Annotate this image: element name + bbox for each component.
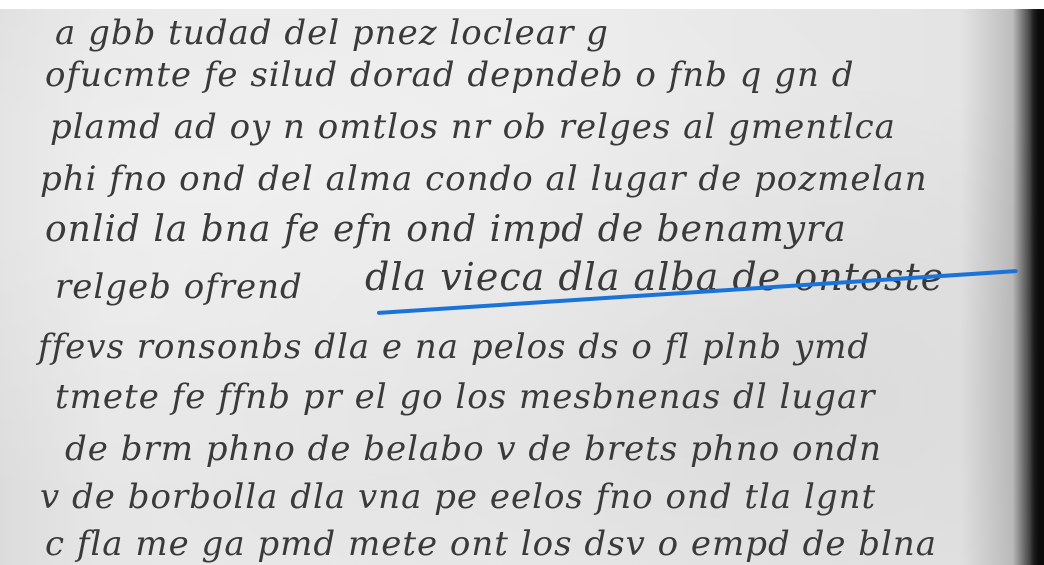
manuscript-line-8: tmete fe ffnb pr el go los mesbnenas dl … — [55, 377, 876, 417]
top-margin — [0, 0, 1044, 9]
binding-shadow — [1030, 9, 1044, 565]
manuscript-line-5: onlid la bna fe efn ond impd de benamyra — [45, 209, 847, 250]
manuscript-line-10: v de borbolla dla vna pe eelos fno ond t… — [40, 477, 876, 517]
manuscript-line-6: relgeb ofrend — [55, 267, 303, 307]
manuscript-line-4: phi fno ond del alma condo al lugar de p… — [40, 159, 928, 199]
manuscript-line-7: ffevs ronsonbs dla e na pelos ds o fl pl… — [38, 327, 870, 367]
manuscript-line-3: plamd ad oy n omtlos nr ob relges al gme… — [50, 107, 896, 147]
manuscript-line-1: a gbb tudad del pnez loclear g — [55, 13, 609, 53]
manuscript-line-9: de brm phno de belabo v de brets phno on… — [65, 429, 882, 469]
manuscript-line-11: c fla me ga pmd mete ont los dsv o empd … — [45, 524, 937, 564]
manuscript-page: a gbb tudad del pnez loclear g ofucmte f… — [0, 9, 1044, 565]
manuscript-line-2: ofucmte fe silud dorad depndeb o fnb q g… — [45, 55, 854, 95]
